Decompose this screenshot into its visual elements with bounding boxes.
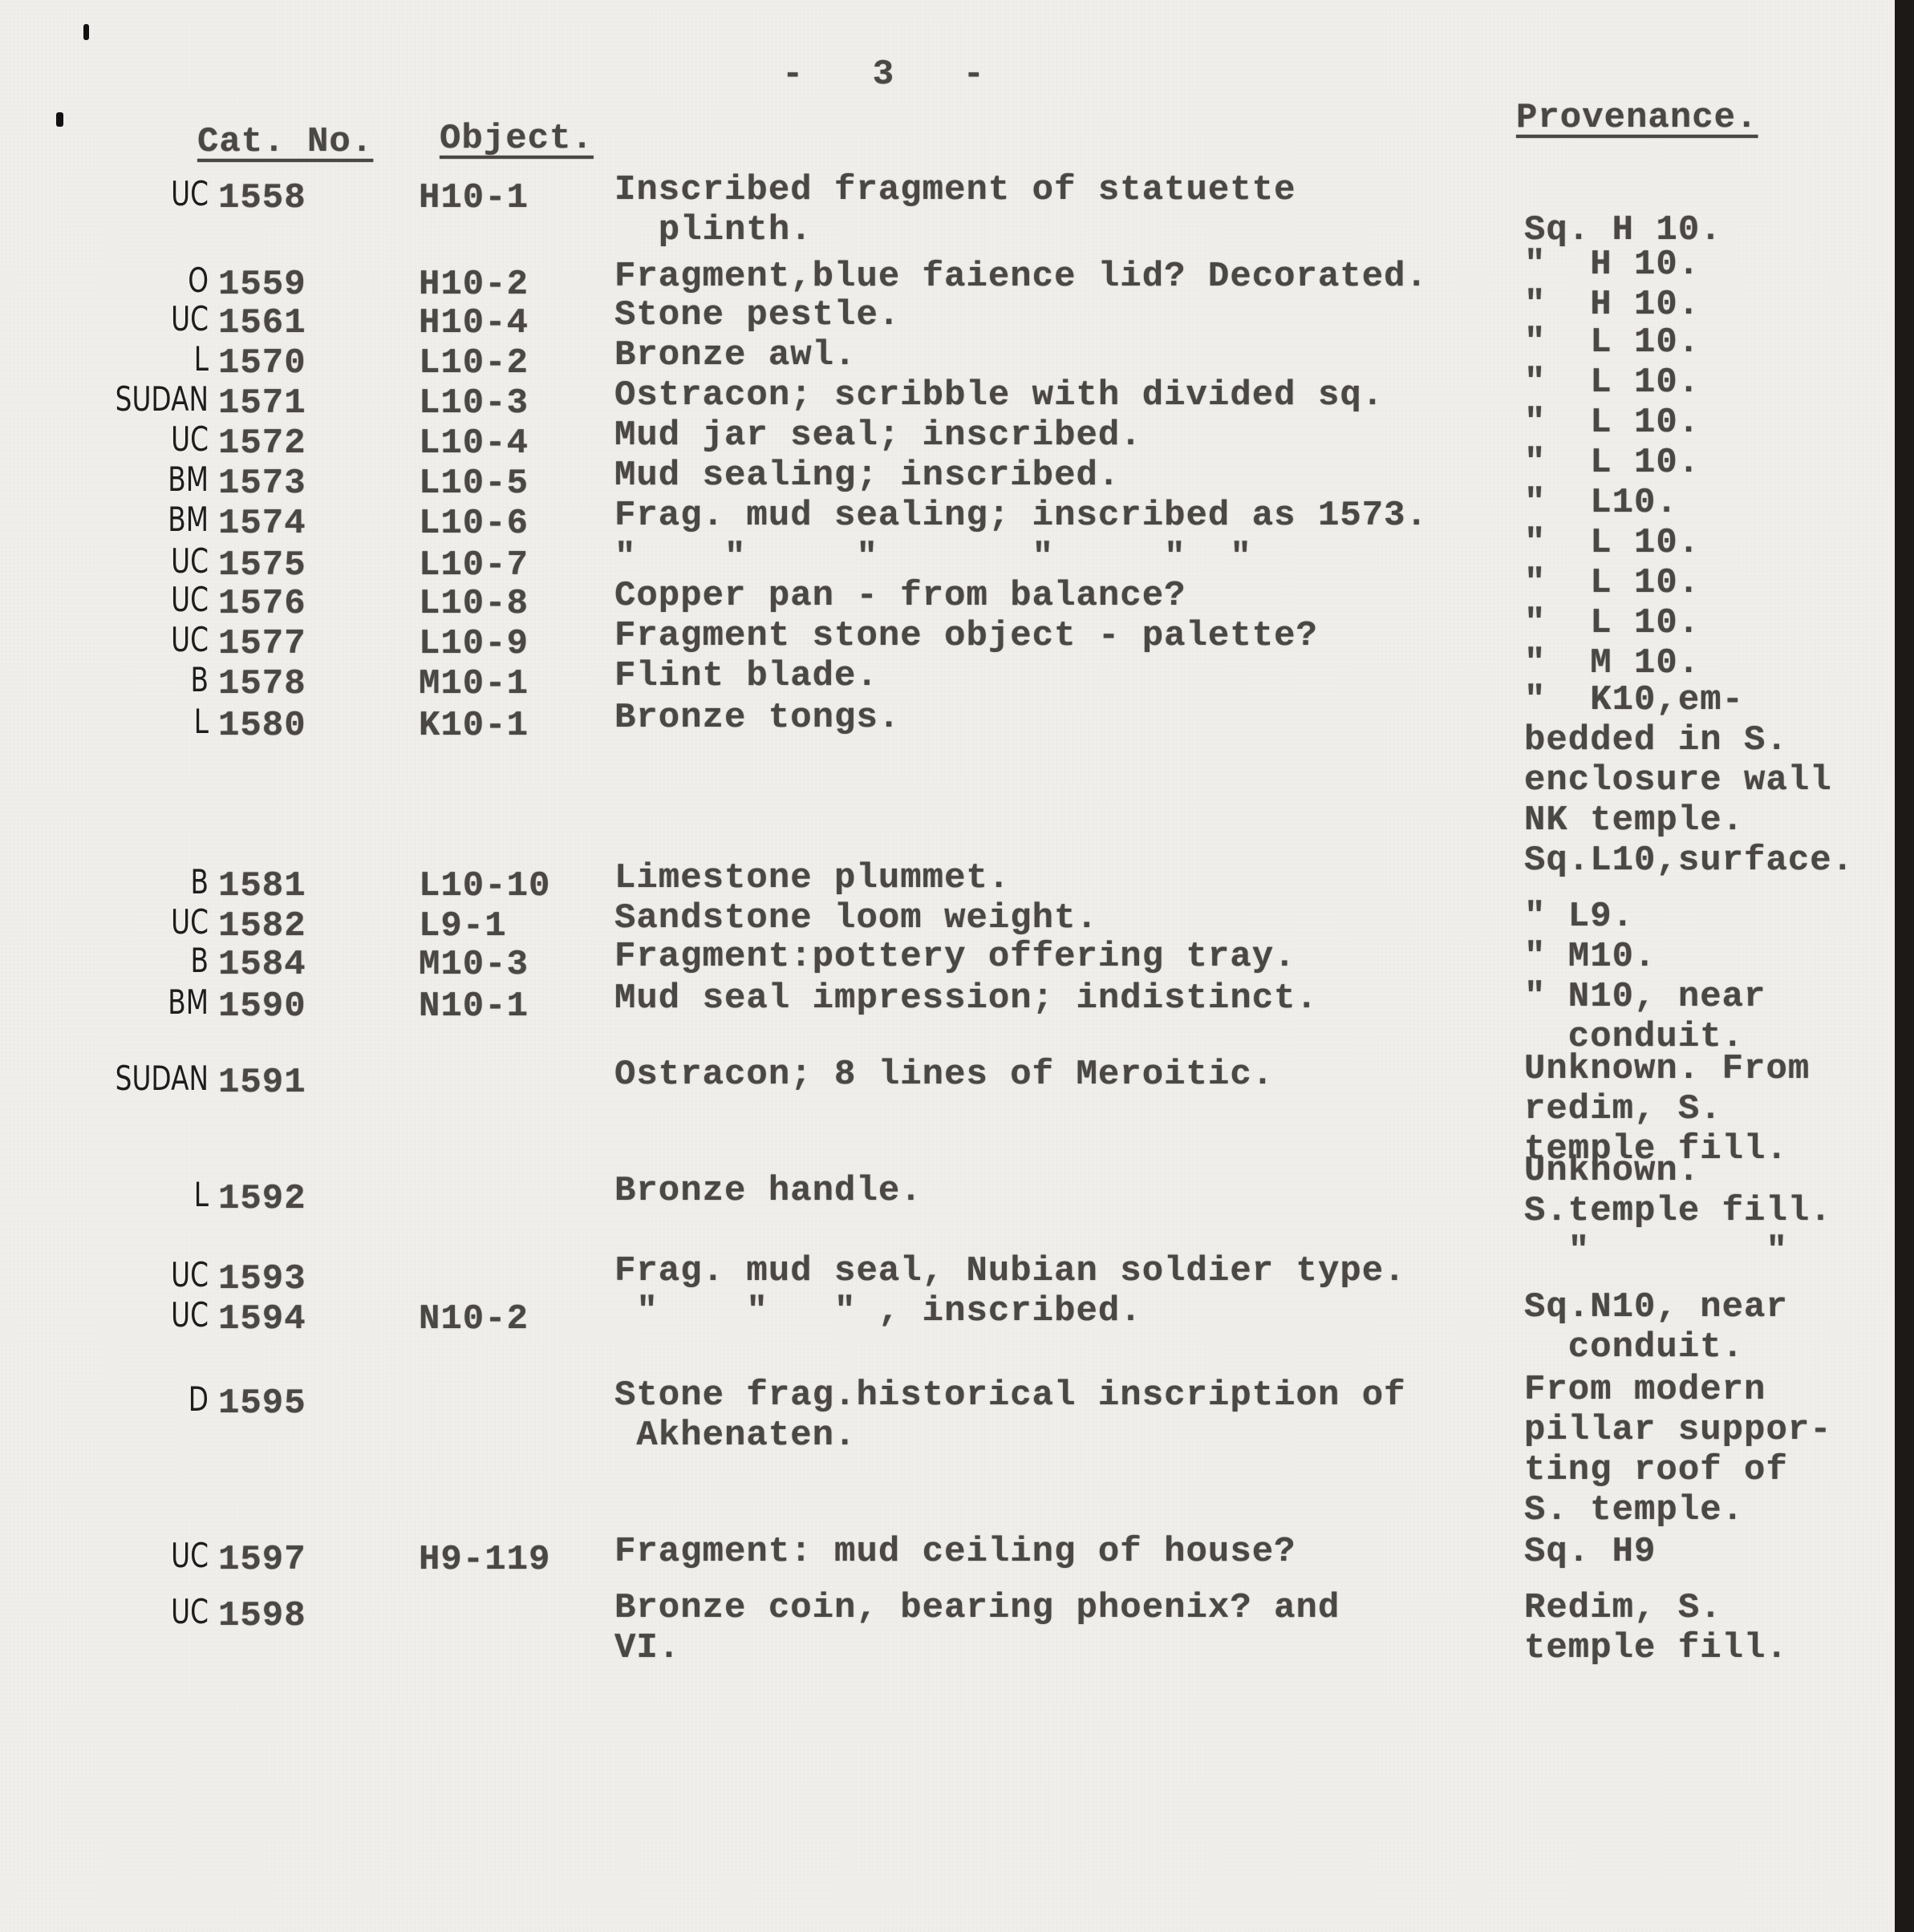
object-description: Stone pestle. — [614, 295, 900, 335]
cat-number: 1561 — [218, 303, 306, 343]
handwritten-location-annotation: UC — [83, 621, 209, 659]
handwritten-location-annotation: L — [83, 340, 209, 379]
object-description: Flint blade. — [614, 656, 878, 696]
provenance: enclosure wall — [1524, 760, 1832, 800]
object-code: L10-3 — [419, 383, 529, 423]
provenance: S. temple. — [1524, 1490, 1744, 1530]
cat-number: 1591 — [218, 1063, 306, 1103]
object-description: Akhenaten. — [614, 1416, 856, 1456]
object-code: L10-6 — [419, 504, 529, 544]
object-description: VI. — [614, 1628, 680, 1668]
provenance: " L 10. — [1524, 523, 1700, 563]
provenance: " M10. — [1524, 937, 1656, 977]
object-description: Fragment: mud ceiling of house? — [614, 1532, 1296, 1572]
typewritten-page: - 3 - Cat. No. Object. Provenance. UC155… — [0, 0, 1895, 1932]
object-description: Frag. mud seal, Nubian soldier type. — [614, 1251, 1406, 1291]
object-code: M10-1 — [419, 664, 529, 704]
provenance: pillar suppor- — [1524, 1410, 1832, 1450]
object-code: N10-1 — [419, 986, 529, 1027]
provenance: " H 10. — [1524, 245, 1700, 285]
handwritten-location-annotation: O — [83, 261, 209, 300]
object-code: L10-2 — [419, 343, 529, 383]
handwritten-location-annotation: UC — [83, 300, 209, 338]
cat-number: 1580 — [218, 706, 306, 746]
cat-number: 1582 — [218, 906, 306, 946]
cat-number: 1576 — [218, 584, 306, 624]
handwritten-location-annotation: UC — [83, 420, 209, 459]
object-description: " " " " " " — [614, 537, 1252, 577]
provenance: ting roof of — [1524, 1450, 1788, 1490]
cat-number: 1558 — [218, 178, 306, 218]
object-code: M10-3 — [419, 945, 529, 985]
provenance: Sq. H9 — [1524, 1532, 1656, 1572]
handwritten-location-annotation: B — [83, 863, 209, 901]
provenance: From modern — [1524, 1370, 1766, 1410]
punch-mark — [83, 24, 89, 40]
object-description: Fragment stone object - palette? — [614, 616, 1318, 656]
object-description: " " " , inscribed. — [614, 1291, 1142, 1331]
provenance: " L 10. — [1524, 322, 1700, 363]
object-description: Bronze tongs. — [614, 698, 900, 738]
scan-edge — [1895, 0, 1914, 1932]
object-description: Mud seal impression; indistinct. — [614, 978, 1318, 1019]
object-description: Bronze coin, bearing phoenix? and — [614, 1588, 1340, 1628]
handwritten-location-annotation: UC — [83, 542, 209, 581]
object-description: plinth. — [614, 210, 813, 250]
provenance: Sq.L10,surface. — [1524, 840, 1854, 881]
provenance: " L 10. — [1524, 403, 1700, 443]
object-code: H10-1 — [419, 178, 529, 218]
provenance: Sq.N10, near — [1524, 1287, 1788, 1327]
object-code: L10-8 — [419, 584, 529, 624]
cat-number: 1590 — [218, 986, 306, 1027]
cat-number: 1584 — [218, 945, 306, 985]
provenance: NK temple. — [1524, 800, 1744, 840]
handwritten-location-annotation: UC — [83, 1256, 209, 1294]
provenance: S.temple fill. — [1524, 1191, 1832, 1231]
object-code: L10-4 — [419, 423, 529, 464]
provenance: " K10,em- — [1524, 680, 1744, 720]
cat-number: 1574 — [218, 504, 306, 544]
provenance: bedded in S. — [1524, 720, 1788, 760]
provenance: " L10. — [1524, 483, 1678, 523]
object-code: L9-1 — [419, 906, 507, 946]
handwritten-location-annotation: BM — [83, 460, 209, 499]
object-description: Ostracon; 8 lines of Meroitic. — [614, 1055, 1274, 1095]
cat-number: 1597 — [218, 1540, 306, 1580]
handwritten-location-annotation: BM — [83, 983, 209, 1022]
handwritten-location-annotation: UC — [83, 581, 209, 619]
object-code: L10-7 — [419, 545, 529, 585]
cat-number: 1572 — [218, 423, 306, 464]
cat-number: 1571 — [218, 383, 306, 423]
cat-number: 1594 — [218, 1299, 306, 1339]
cat-number: 1593 — [218, 1259, 306, 1299]
object-description: Mud sealing; inscribed. — [614, 456, 1120, 496]
object-description: Fragment:pottery offering tray. — [614, 937, 1296, 977]
handwritten-location-annotation: BM — [83, 500, 209, 539]
header-object: Object. — [440, 119, 594, 159]
handwritten-location-annotation: B — [83, 661, 209, 699]
object-code: L10-10 — [419, 866, 550, 906]
cat-number: 1592 — [218, 1179, 306, 1219]
object-description: Bronze handle. — [614, 1171, 923, 1211]
cat-number: 1559 — [218, 265, 306, 305]
cat-number: 1570 — [218, 343, 306, 383]
object-description: Inscribed fragment of statuette — [614, 170, 1296, 210]
provenance: " M 10. — [1524, 643, 1700, 683]
punch-mark — [56, 112, 63, 127]
object-code: H10-2 — [419, 265, 529, 305]
provenance: Redim, S. — [1524, 1588, 1722, 1628]
provenance: " L 10. — [1524, 603, 1700, 643]
handwritten-location-annotation: L — [83, 1176, 209, 1214]
object-description: Fragment,blue faience lid? Decorated. — [614, 257, 1428, 297]
provenance: temple fill. — [1524, 1628, 1788, 1668]
object-code: N10-2 — [419, 1299, 529, 1339]
provenance: " L 10. — [1524, 363, 1700, 403]
header-cat-no: Cat. No. — [197, 122, 373, 162]
object-code: L10-9 — [419, 624, 529, 664]
provenance: " " — [1524, 1231, 1788, 1271]
handwritten-location-annotation: UC — [83, 1296, 209, 1335]
handwritten-location-annotation: SUDAN — [83, 380, 209, 419]
cat-number: 1595 — [218, 1383, 306, 1424]
handwritten-location-annotation: UC — [83, 175, 209, 213]
object-description: Frag. mud sealing; inscribed as 1573. — [614, 496, 1428, 536]
object-description: Copper pan - from balance? — [614, 576, 1186, 616]
object-code: H10-4 — [419, 303, 529, 343]
object-code: K10-1 — [419, 706, 529, 746]
handwritten-location-annotation: B — [83, 942, 209, 980]
object-description: Stone frag.historical inscription of — [614, 1375, 1406, 1416]
cat-number: 1577 — [218, 624, 306, 664]
cat-number: 1578 — [218, 664, 306, 704]
provenance: " H 10. — [1524, 285, 1700, 325]
object-description: Ostracon; scribble with divided sq. — [614, 375, 1384, 415]
provenance: Unknown. — [1524, 1151, 1700, 1191]
object-description: Limestone plummet. — [614, 858, 1010, 898]
provenance: redim, S. — [1524, 1089, 1722, 1129]
provenance: conduit. — [1524, 1327, 1744, 1367]
provenance: " N10, near — [1524, 977, 1766, 1017]
page-number: - 3 - — [782, 55, 1008, 95]
provenance: " L9. — [1524, 897, 1634, 937]
object-description: Mud jar seal; inscribed. — [614, 415, 1142, 456]
provenance: " L 10. — [1524, 443, 1700, 483]
object-description: Bronze awl. — [614, 335, 856, 375]
handwritten-location-annotation: UC — [83, 903, 209, 942]
handwritten-location-annotation: UC — [83, 1593, 209, 1631]
header-provenance: Provenance. — [1516, 98, 1758, 138]
handwritten-location-annotation: UC — [83, 1537, 209, 1575]
cat-number: 1581 — [218, 866, 306, 906]
object-code: L10-5 — [419, 464, 529, 504]
provenance: " L 10. — [1524, 563, 1700, 603]
cat-number: 1575 — [218, 545, 306, 585]
handwritten-location-annotation: SUDAN — [83, 1059, 209, 1098]
handwritten-location-annotation: L — [83, 703, 209, 741]
cat-number: 1573 — [218, 464, 306, 504]
provenance: Unknown. From — [1524, 1049, 1810, 1089]
object-code: H9-119 — [419, 1540, 550, 1580]
handwritten-location-annotation: D — [83, 1380, 209, 1419]
object-description: Sandstone loom weight. — [614, 898, 1098, 938]
cat-number: 1598 — [218, 1596, 306, 1636]
